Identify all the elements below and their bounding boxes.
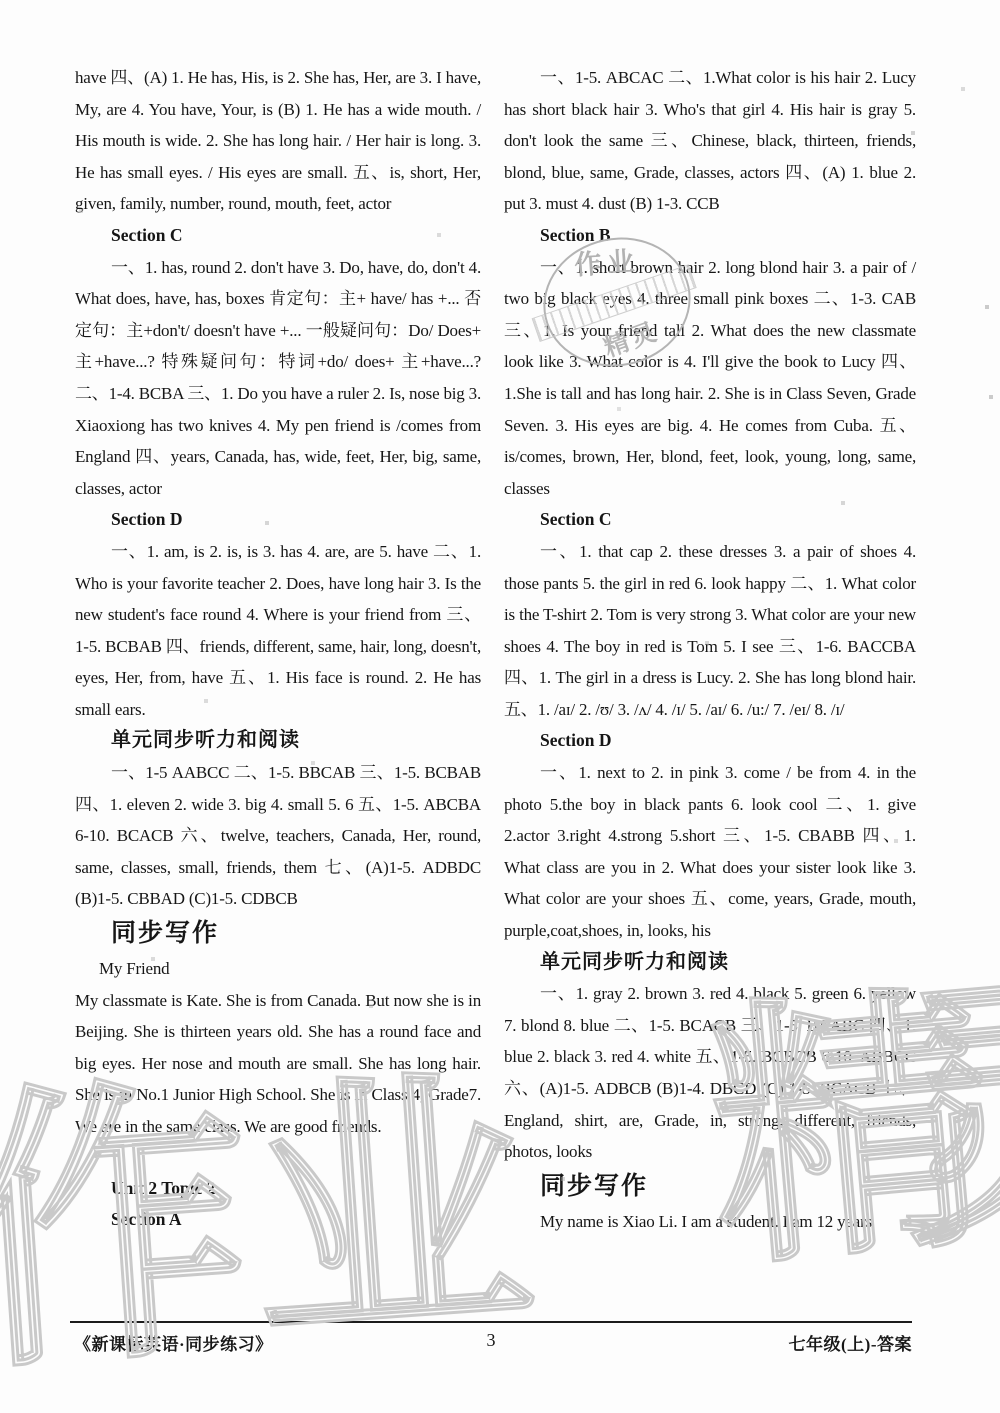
answers-paragraph: have 四、(A) 1. He has, His, is 2. She has… <box>75 62 481 220</box>
answers-paragraph: 一、1. next to 2. in pink 3. come / be fro… <box>504 757 916 947</box>
left-column: have 四、(A) 1. He has, His, is 2. She has… <box>75 62 481 1236</box>
listening-reading-heading: 单元同步听力和阅读 <box>504 947 916 979</box>
answers-paragraph: 一、1-5 AABCC 二、1-5. BBCAB 三、1-5. BCBAB 四、… <box>75 757 481 915</box>
page-number: 3 <box>70 1330 912 1351</box>
essay-paragraph: My name is Xiao Li. I am a student. I am… <box>504 1206 916 1238</box>
writing-heading: 同步写作 <box>504 1168 916 1206</box>
section-heading: Section C <box>75 220 481 252</box>
footer-rule <box>70 1321 912 1323</box>
writing-heading: 同步写作 <box>75 915 481 953</box>
answers-paragraph: 一、1. has, round 2. don't have 3. Do, hav… <box>75 252 481 505</box>
essay-paragraph: My classmate is Kate. She is from Canada… <box>75 985 481 1143</box>
listening-reading-heading: 单元同步听力和阅读 <box>75 725 481 757</box>
section-heading: Section C <box>504 504 916 536</box>
footer: 《新课标英语·同步练习》 3 七年级(上)-答案 <box>70 1330 912 1358</box>
answers-paragraph: 一、1-5. ABCAC 二、1.What color is his hair … <box>504 62 916 220</box>
answer-key-page: have 四、(A) 1. He has, His, is 2. She has… <box>0 0 1000 1413</box>
footer-volume-label: 七年级(上)-答案 <box>789 1330 912 1355</box>
answers-paragraph: 一、1. gray 2. brown 3. red 4. black 5. gr… <box>504 978 916 1168</box>
unit-heading: Unit 2 Topic 2 <box>75 1173 481 1205</box>
answers-paragraph: 一、1. that cap 2. these dresses 3. a pair… <box>504 536 916 726</box>
essay-title: My Friend <box>75 953 481 985</box>
scan-noise-speckles <box>0 0 2 2</box>
answers-paragraph: 一、1. am, is 2. is, is 3. has 4. are, are… <box>75 536 481 726</box>
section-heading: Section D <box>504 725 916 757</box>
section-heading: Section B <box>504 220 916 252</box>
answers-paragraph: 一、1. short brown hair 2. long blond hair… <box>504 252 916 505</box>
section-heading: Section A <box>75 1204 481 1236</box>
section-heading: Section D <box>75 504 481 536</box>
right-column: 一、1-5. ABCAC 二、1.What color is his hair … <box>504 62 916 1237</box>
